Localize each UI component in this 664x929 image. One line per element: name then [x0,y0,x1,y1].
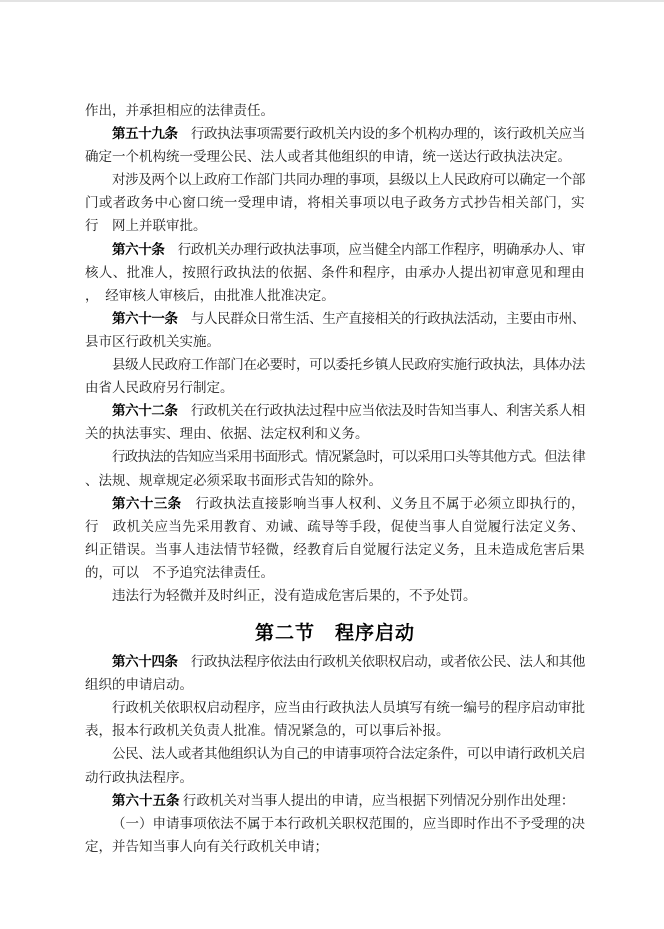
text-line: 行 政机关应当先采用教育、劝诫、疏导等手段，促使当事人自觉履行法定义务、 [85,515,585,538]
text-line: 县级人民政府工作部门在必要时，可以委托乡镇人民政府实施行政执法，具体办法 [85,353,585,376]
text-run: 县市区行政机关实施。 [85,334,220,349]
text-line: 第六十条 行政机关办理行政执法事项，应当健全内部工作程序，明确承办人、审 [85,238,585,261]
text-run: 行政执法的告知应当采用书面形式。情况紧急时，可以采用口头等其他方式。但法 律 [112,449,585,464]
text-line: 由省人民政府另行制定。 [85,376,585,399]
text-line-content: ， 经审核人审核后，由批准人批准决定。 [85,284,335,307]
text-line: 公民、法人或者其他组织认为自己的申请事项符合法定条件，可以申请行政机关启 [85,742,585,765]
text-line: 第六十三条 行政执法直接影响当事人权利、义务且不属于必须立即执行的， [85,492,585,515]
page-continuation-paragraph: 作出，并承担相应的法律责任。 [85,99,585,122]
article-59-para-2: 对涉及两个以上政府工作部门共同办理的事项，县级以上人民政府可以确定一个部门或者政… [85,168,585,237]
text-line: 第六十四条 行政执法程序依法由行政机关依职权启动，或者依公民、法人和其他 [85,650,585,673]
text-line-content: 第六十五条 行政机关对当事人提出的申请，应当根据下列情况分别作出处理： [112,789,574,812]
text-run: 违法行为轻微并及时纠正，没有造成危害后果的，不予处罚。 [112,588,477,603]
text-line-content: 第六十条 行政机关办理行政执法事项，应当健全内部工作程序，明确承办人、审 [112,238,585,261]
article-65-item-1: （一）申请事项依法不属于本行政机关职权范围的，应当即时作出不予受理的决定，并告知… [85,812,585,858]
text-line-content: 由省人民政府另行制定。 [85,376,234,399]
text-line: 县市区行政机关实施。 [85,330,585,353]
text-line: 表，报本行政机关负责人批准。情况紧急的，可以事后补报。 [85,719,585,742]
article-number: 第六十三条 [112,496,182,511]
text-run: 行 网上并联审批。 [85,218,207,233]
text-line-content: 第六十二条 行政机关在行政执法过程中应当依法及时告知当事人、利害关系人相 [112,399,585,422]
text-run: 门或者政务中心窗口统一受理申请，将相关事项以电子政务方式抄告相关部门，实 [85,195,585,210]
text-run: 的，可以 不予追究法律责任。 [85,565,274,580]
text-run: 表，报本行政机关负责人批准。情况紧急的，可以事后补报。 [85,723,450,738]
text-line: 违法行为轻微并及时纠正，没有造成危害后果的，不予处罚。 [85,584,585,607]
text-line-content: 对涉及两个以上政府工作部门共同办理的事项，县级以上人民政府可以确定一个部 [112,168,585,191]
article-61-para-2: 县级人民政府工作部门在必要时，可以委托乡镇人民政府实施行政执法，具体办法由省人民… [85,353,585,399]
text-run: 行政机关依职权启动程序，应当由行政执法人员填写有统一编号的程序启动审批 [112,700,585,715]
text-line-content: 关的执法事实、理由、依据、法定权利和义务。 [85,422,369,445]
article-number: 第六十五条 [112,793,180,808]
text-line: 动行政执法程序。 [85,766,585,789]
text-line-content: 作出，并承担相应的法律责任。 [85,99,274,122]
text-line: 纠正错误。当事人违法情节轻微，经教育后自觉履行法定义务，且未造成危害后果 [85,538,585,561]
text-run: 关的执法事实、理由、依据、法定权利和义务。 [85,426,369,441]
article-65: 第六十五条 行政机关对当事人提出的申请，应当根据下列情况分别作出处理： [85,789,585,812]
text-line-content: 核人、批准人，按照行政执法的依据、条件和程序，由承办人提出初审意见和理由 [85,261,585,284]
text-run: 与人民群众日常生活、生产直接相关的行政执法活动，主要由市州、 [178,311,585,326]
text-run: 行政执法程序依法由行政机关依职权启动，或者依公民、法人和其他 [178,654,585,669]
article-64-para-2: 行政机关依职权启动程序，应当由行政执法人员填写有统一编号的程序启动审批表，报本行… [85,696,585,742]
article-61: 第六十一条 与人民群众日常生活、生产直接相关的行政执法活动，主要由市州、县市区行… [85,307,585,353]
article-60: 第六十条 行政机关办理行政执法事项，应当健全内部工作程序，明确承办人、审核人、批… [85,238,585,307]
text-line-content: 公民、法人或者其他组织认为自己的申请事项符合法定条件，可以申请行政机关启 [112,742,585,765]
text-run: 由省人民政府另行制定。 [85,380,234,395]
text-line-content: 确定一个机构统一受理公民、法人或者其他组织的申请，统一送达行政执法决定。 [85,145,571,168]
article-number: 第六十一条 [112,311,178,326]
text-run: 、法规、规章规定必须采取书面形式告知的除外。 [85,473,382,488]
text-run: ， 经审核人审核后，由批准人批准决定。 [85,288,335,303]
article-64: 第六十四条 行政执法程序依法由行政机关依职权启动，或者依公民、法人和其他组织的申… [85,650,585,696]
text-run: 作出，并承担相应的法律责任。 [85,103,274,118]
text-line-content: 县级人民政府工作部门在必要时，可以委托乡镇人民政府实施行政执法，具体办法 [112,353,585,376]
text-run: 行 政机关应当先采用教育、劝诫、疏导等手段，促使当事人自觉履行法定义务、 [85,519,585,534]
text-line-content: 的，可以 不予追究法律责任。 [85,561,274,584]
text-line: 第六十五条 行政机关对当事人提出的申请，应当根据下列情况分别作出处理： [85,789,585,812]
text-run: 纠正错误。当事人违法情节轻微，经教育后自觉履行法定义务，且未造成危害后果 [85,542,585,557]
text-line: 作出，并承担相应的法律责任。 [85,99,585,122]
text-line-content: 行政执法的告知应当采用书面形式。情况紧急时，可以采用口头等其他方式。但法 律 [112,445,585,468]
text-line-content: 表，报本行政机关负责人批准。情况紧急的，可以事后补报。 [85,719,450,742]
text-run: 对涉及两个以上政府工作部门共同办理的事项，县级以上人民政府可以确定一个部 [112,172,585,187]
section-heading: 第二节 程序启动 [85,621,585,647]
text-line-content: 组织的申请启动。 [85,673,193,696]
article-number: 第六十四条 [112,654,178,669]
text-line-content: 动行政执法程序。 [85,766,193,789]
text-run: 动行政执法程序。 [85,770,193,785]
text-line: 行政执法的告知应当采用书面形式。情况紧急时，可以采用口头等其他方式。但法 律 [85,445,585,468]
text-line-content: 门或者政务中心窗口统一受理申请，将相关事项以电子政务方式抄告相关部门，实 [85,191,585,214]
article-63: 第六十三条 行政执法直接影响当事人权利、义务且不属于必须立即执行的，行 政机关应… [85,492,585,584]
text-line: 关的执法事实、理由、依据、法定权利和义务。 [85,422,585,445]
text-run: 核人、批准人，按照行政执法的依据、条件和程序，由承办人提出初审意见和理由 [85,265,585,280]
text-line-content: 行政机关依职权启动程序，应当由行政执法人员填写有统一编号的程序启动审批 [112,696,585,719]
text-run: 确定一个机构统一受理公民、法人或者其他组织的申请，统一送达行政执法决定。 [85,149,571,164]
page-top-edge [0,0,664,2]
text-line: 对涉及两个以上政府工作部门共同办理的事项，县级以上人民政府可以确定一个部 [85,168,585,191]
text-line: ， 经审核人审核后，由批准人批准决定。 [85,284,585,307]
text-line: 的，可以 不予追究法律责任。 [85,561,585,584]
article-62-para-2: 行政执法的告知应当采用书面形式。情况紧急时，可以采用口头等其他方式。但法 律、法… [85,445,585,491]
text-line-content: 、法规、规章规定必须采取书面形式告知的除外。 [85,469,382,492]
text-line-content: 违法行为轻微并及时纠正，没有造成危害后果的，不予处罚。 [112,584,477,607]
text-line: 第六十二条 行政机关在行政执法过程中应当依法及时告知当事人、利害关系人相 [85,399,585,422]
text-run: 行政执法事项需要行政机关内设的多个机构办理的，该行政机关应当 [178,126,585,141]
text-run: 行政执法直接影响当事人权利、义务且不属于必须立即执行的， [182,496,585,511]
text-run: 行政机关办理行政执法事项，应当健全内部工作程序，明确承办人、审 [165,242,585,257]
article-number: 第六十二条 [112,403,178,418]
text-run: 组织的申请启动。 [85,677,193,692]
text-run: 定，并告知当事人向有关行政机关申请； [85,839,328,854]
text-run: 公民、法人或者其他组织认为自己的申请事项符合法定条件，可以申请行政机关启 [112,746,585,761]
article-62: 第六十二条 行政机关在行政执法过程中应当依法及时告知当事人、利害关系人相关的执法… [85,399,585,445]
text-line: 、法规、规章规定必须采取书面形式告知的除外。 [85,469,585,492]
text-line: 第六十一条 与人民群众日常生活、生产直接相关的行政执法活动，主要由市州、 [85,307,585,330]
text-line-content: 第六十一条 与人民群众日常生活、生产直接相关的行政执法活动，主要由市州、 [112,307,585,330]
text-line-content: 县市区行政机关实施。 [85,330,220,353]
article-59: 第五十九条 行政执法事项需要行政机关内设的多个机构办理的，该行政机关应当确定一个… [85,122,585,168]
article-number: 第五十九条 [112,126,178,141]
text-run: （一）申请事项依法不属于本行政机关职权范围的，应当即时作出不予受理的决 [112,816,585,831]
article-64-para-3: 公民、法人或者其他组织认为自己的申请事项符合法定条件，可以申请行政机关启动行政执… [85,742,585,788]
text-line-content: 第六十三条 行政执法直接影响当事人权利、义务且不属于必须立即执行的， [112,492,585,515]
text-line: 行 网上并联审批。 [85,214,585,237]
text-run: 县级人民政府工作部门在必要时，可以委托乡镇人民政府实施行政执法，具体办法 [112,357,585,372]
text-line-content: 行 政机关应当先采用教育、劝诫、疏导等手段，促使当事人自觉履行法定义务、 [85,515,585,538]
text-run: 行政机关在行政执法过程中应当依法及时告知当事人、利害关系人相 [178,403,585,418]
text-line: 行政机关依职权启动程序，应当由行政执法人员填写有统一编号的程序启动审批 [85,696,585,719]
text-run: 行政机关对当事人提出的申请，应当根据下列情况分别作出处理： [180,793,575,808]
document-body: 作出，并承担相应的法律责任。第五十九条 行政执法事项需要行政机关内设的多个机构办… [85,99,585,858]
text-line-content: （一）申请事项依法不属于本行政机关职权范围的，应当即时作出不予受理的决 [112,812,585,835]
text-line: 定，并告知当事人向有关行政机关申请； [85,835,585,858]
text-line-content: 定，并告知当事人向有关行政机关申请； [85,835,328,858]
text-line: 核人、批准人，按照行政执法的依据、条件和程序，由承办人提出初审意见和理由 [85,261,585,284]
article-number: 第六十条 [112,242,165,257]
text-line: 组织的申请启动。 [85,673,585,696]
text-line: 门或者政务中心窗口统一受理申请，将相关事项以电子政务方式抄告相关部门，实 [85,191,585,214]
text-line-content: 纠正错误。当事人违法情节轻微，经教育后自觉履行法定义务，且未造成危害后果 [85,538,585,561]
text-line-content: 第六十四条 行政执法程序依法由行政机关依职权启动，或者依公民、法人和其他 [112,650,585,673]
text-line-content: 行 网上并联审批。 [85,214,207,237]
article-63-para-2: 违法行为轻微并及时纠正，没有造成危害后果的，不予处罚。 [85,584,585,607]
text-line-content: 第五十九条 行政执法事项需要行政机关内设的多个机构办理的，该行政机关应当 [112,122,585,145]
text-line: 确定一个机构统一受理公民、法人或者其他组织的申请，统一送达行政执法决定。 [85,145,585,168]
text-line: 第五十九条 行政执法事项需要行政机关内设的多个机构办理的，该行政机关应当 [85,122,585,145]
text-line: （一）申请事项依法不属于本行政机关职权范围的，应当即时作出不予受理的决 [85,812,585,835]
document-page: 作出，并承担相应的法律责任。第五十九条 行政执法事项需要行政机关内设的多个机构办… [0,0,664,929]
